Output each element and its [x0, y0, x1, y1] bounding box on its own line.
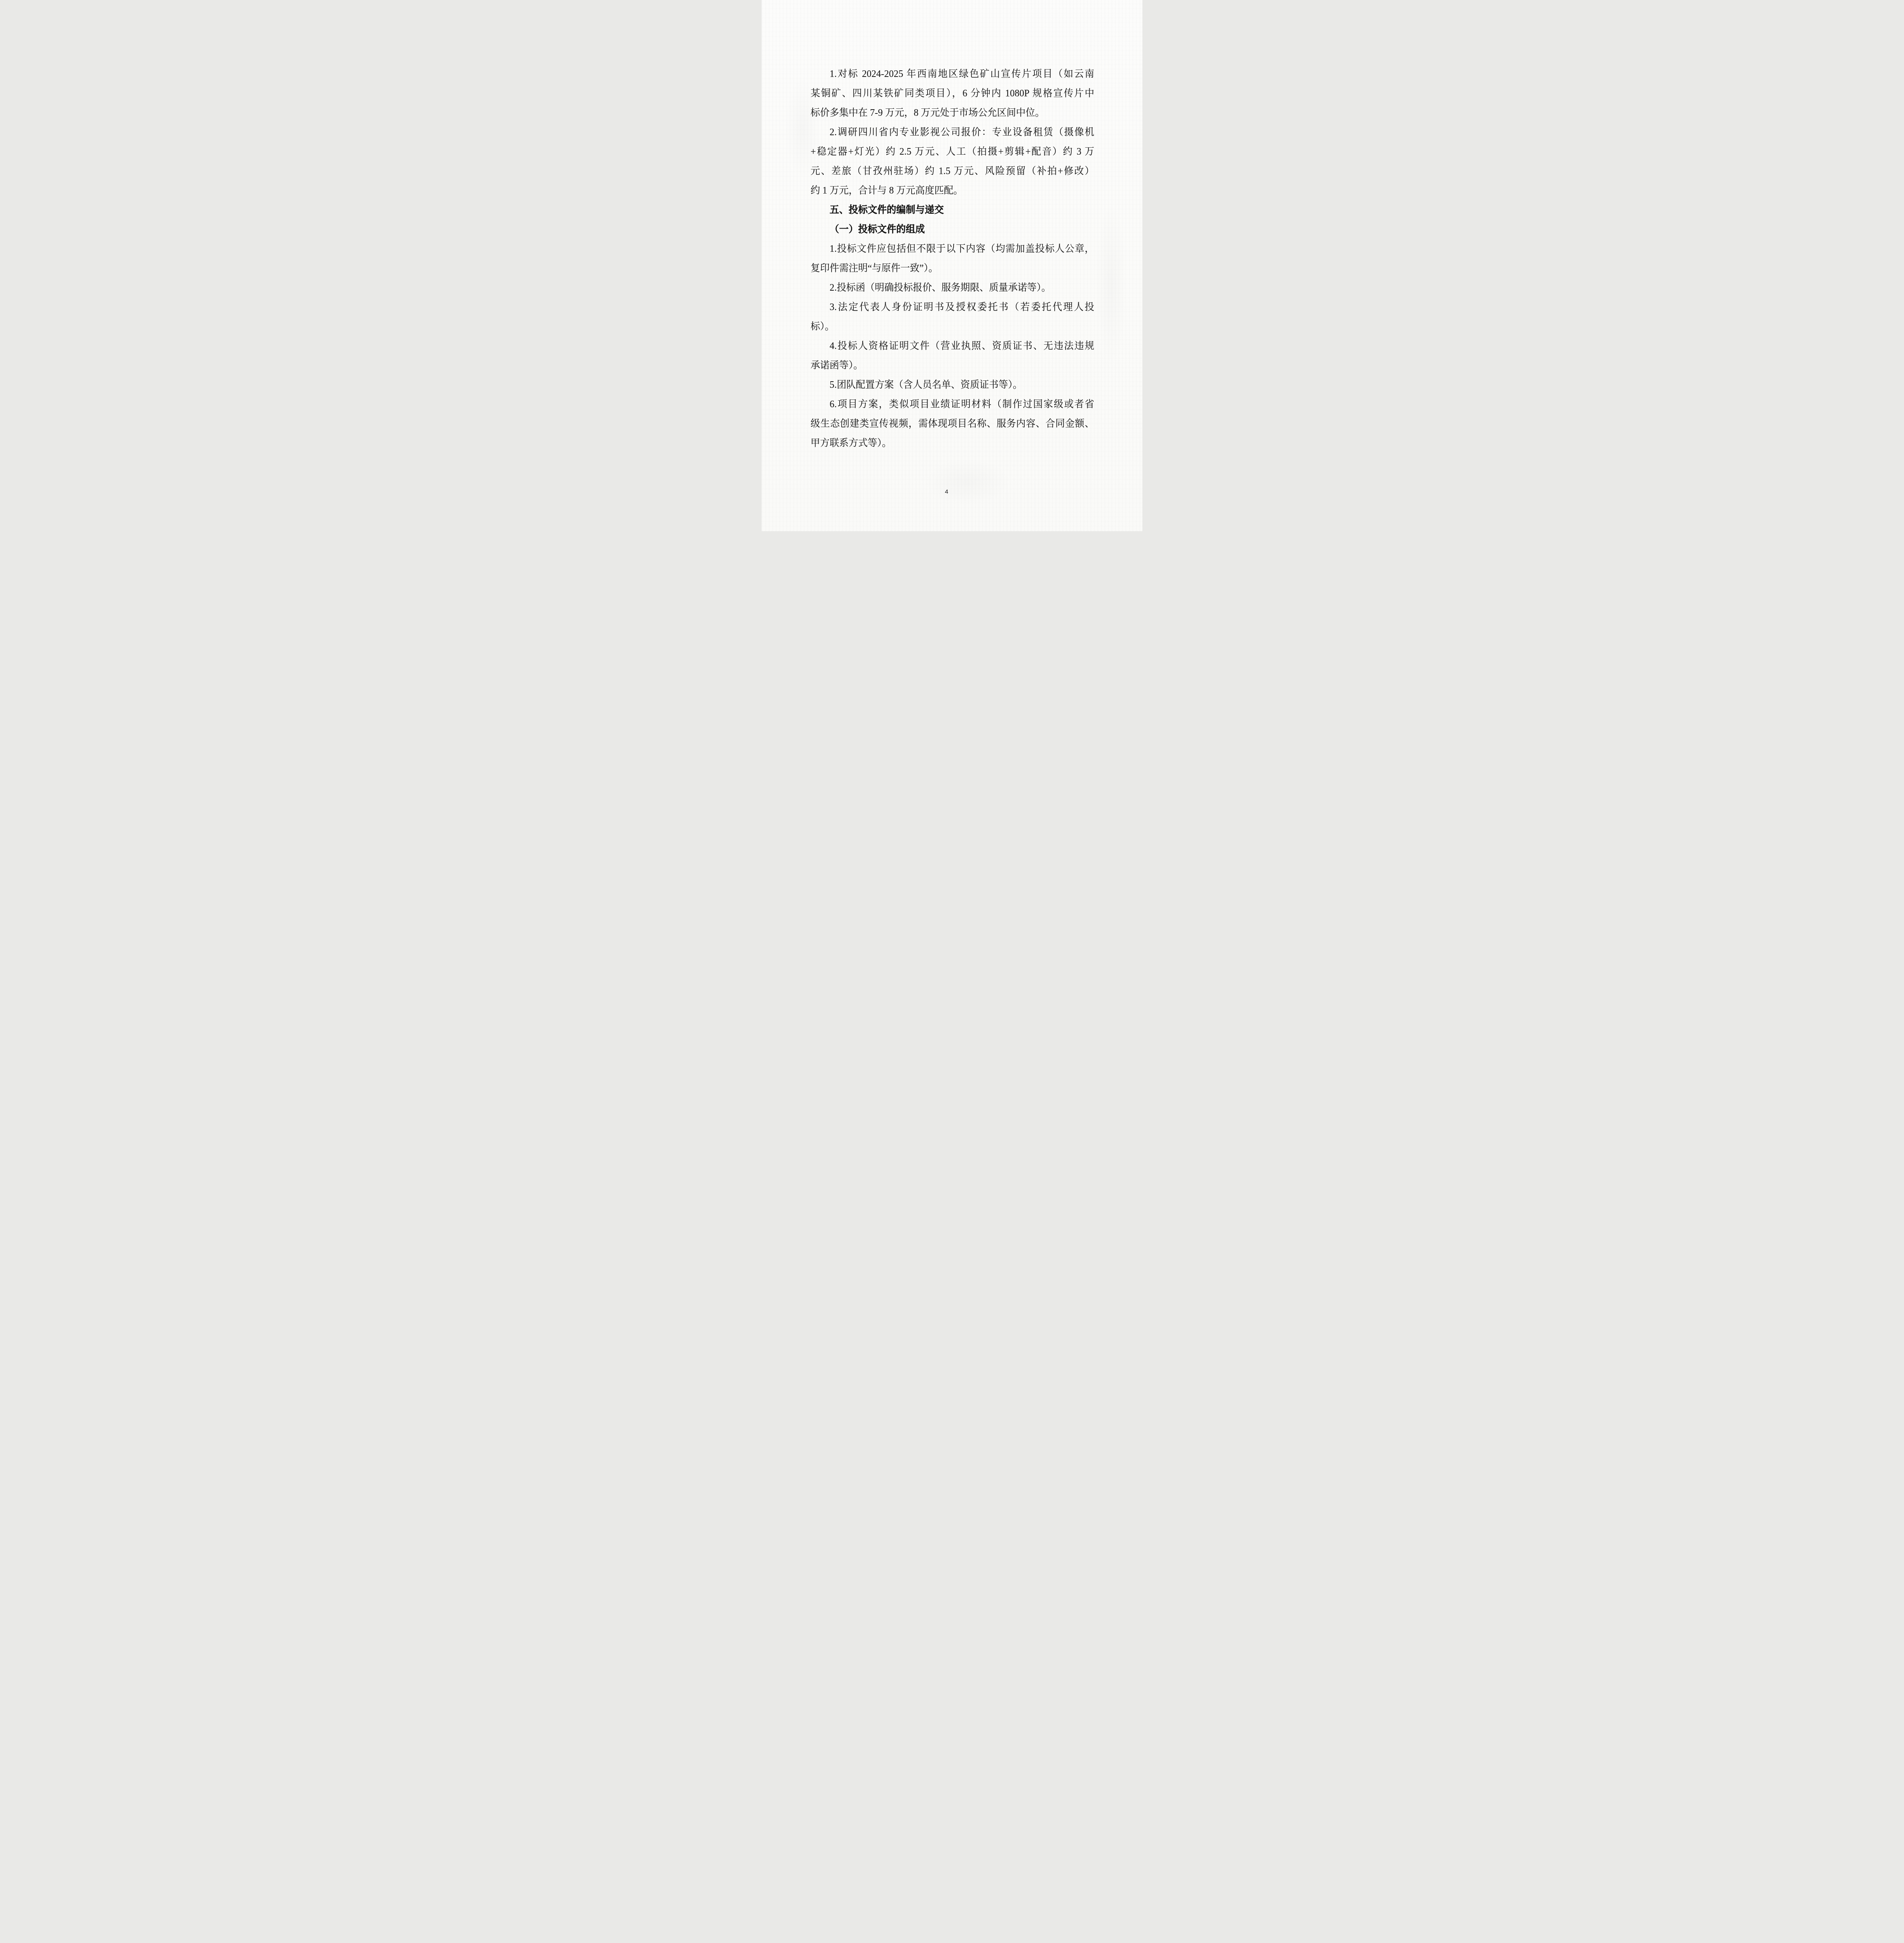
- document-page: 1.对标 2024-2025 年西南地区绿色矿山宣传片项目（如云南 某铜矿、四川…: [762, 0, 1142, 531]
- document-line: 甲方联系方式等）。: [811, 434, 1094, 453]
- document-line: 6.项目方案，类似项目业绩证明材料（制作过国家级或者省: [811, 395, 1094, 414]
- document-line: 约 1 万元，合计与 8 万元高度匹配。: [811, 181, 1094, 201]
- document-line: 标）。: [811, 317, 1094, 337]
- document-line: 5.团队配置方案（含人员名单、资质证书等）。: [811, 375, 1094, 395]
- page-body-text: 1.对标 2024-2025 年西南地区绿色矿山宣传片项目（如云南 某铜矿、四川…: [811, 65, 1094, 453]
- document-line: 3.法定代表人身份证明书及授权委托书（若委托代理人投: [811, 298, 1094, 317]
- document-line: 某铜矿、四川某铁矿同类项目），6 分钟内 1080P 规格宣传片中: [811, 84, 1094, 103]
- document-line: +稳定器+灯光）约 2.5 万元、人工（拍摄+剪辑+配音）约 3 万: [811, 142, 1094, 162]
- document-line: 1.对标 2024-2025 年西南地区绿色矿山宣传片项目（如云南: [811, 65, 1094, 84]
- document-line: 1.投标文件应包括但不限于以下内容（均需加盖投标人公章，: [811, 239, 1094, 259]
- document-line: 复印件需注明“与原件一致”）。: [811, 259, 1094, 278]
- page-number: 4: [931, 487, 962, 497]
- document-line: 元、差旅（甘孜州驻场）约 1.5 万元、风险预留（补拍+修改）: [811, 162, 1094, 181]
- document-line: 级生态创建类宣传视频，需体现项目名称、服务内容、合同金额、: [811, 414, 1094, 434]
- document-line: 标价多集中在 7-9 万元，8 万元处于市场公允区间中位。: [811, 103, 1094, 123]
- document-line: 2.投标函（明确投标报价、服务期限、质量承诺等）。: [811, 278, 1094, 298]
- scan-smudge: [925, 459, 1010, 505]
- document-line: 2.调研四川省内专业影视公司报价：专业设备租赁（摄像机: [811, 123, 1094, 142]
- document-line: 4.投标人资格证明文件（营业执照、资质证书、无违法违规: [811, 337, 1094, 356]
- section-heading: 五、投标文件的编制与递交: [811, 201, 1094, 220]
- subsection-heading: （一）投标文件的组成: [811, 220, 1094, 239]
- scan-smudge: [1096, 202, 1127, 365]
- document-line: 承诺函等）。: [811, 356, 1094, 375]
